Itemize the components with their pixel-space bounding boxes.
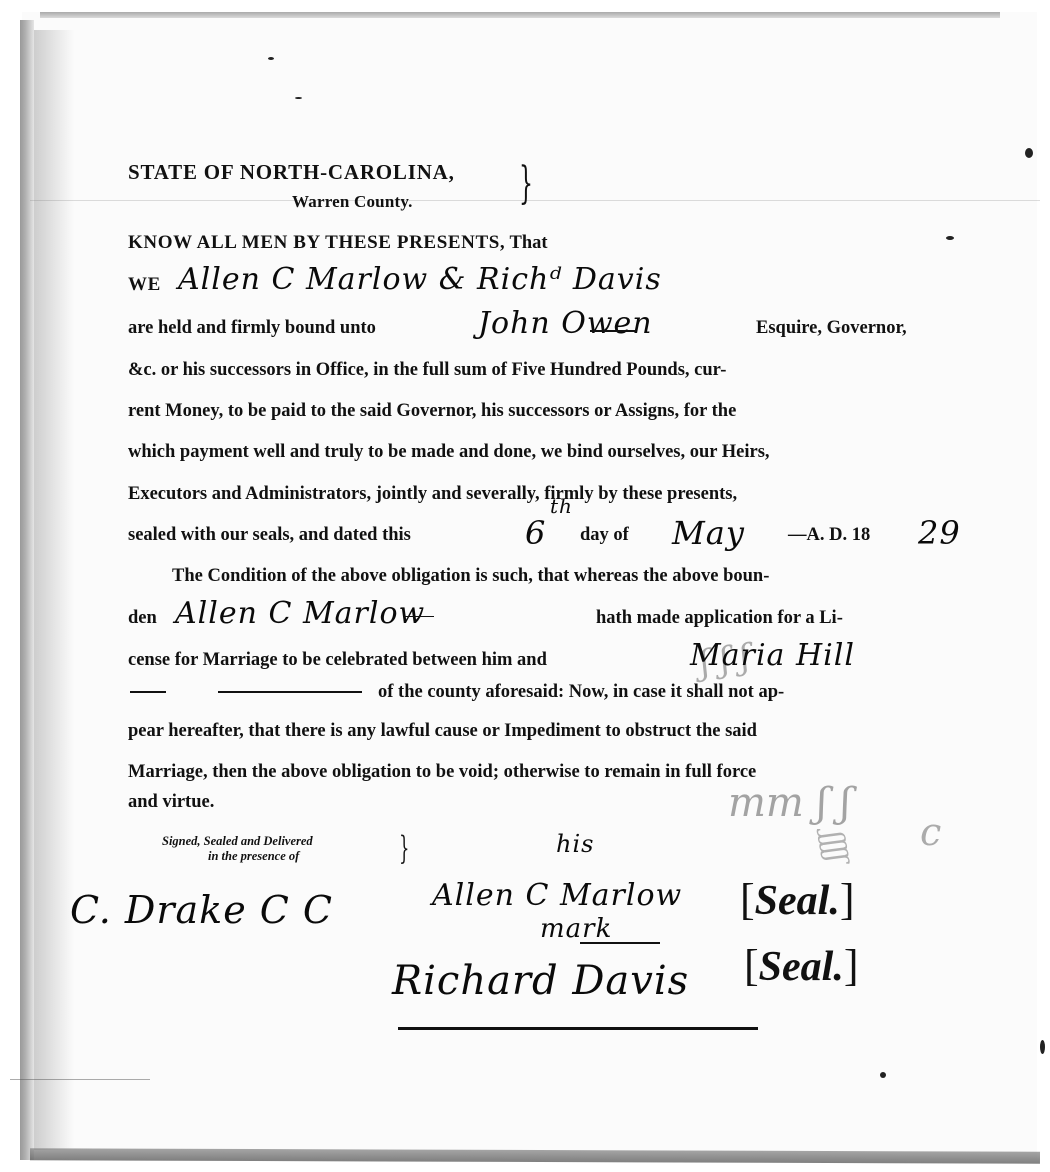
brace-icon: } (519, 162, 533, 206)
condition-line-2: hath made application for a Li- (596, 608, 843, 629)
ink-speck (295, 97, 302, 99)
signature-underline (398, 1027, 758, 1030)
bracket-close: ] (844, 941, 859, 990)
page-edge-bottom (30, 1148, 1040, 1164)
governor-handwritten: John Owen (478, 306, 653, 341)
ink-speck (946, 236, 954, 240)
seal-1-label: Seal. (755, 878, 840, 924)
witness-label-1: Signed, Sealed and Delivered (162, 834, 313, 849)
mark-label: mark (540, 914, 612, 944)
fold-line-left (10, 1079, 150, 1080)
opening-caps: KNOW ALL MEN BY THESE PRESENTS, (128, 232, 505, 253)
county-name: Warren County. (292, 192, 413, 212)
body-line-2: rent Money, to be paid to the said Gover… (128, 401, 736, 422)
signature-allen-marlow: Allen C Marlow (432, 878, 682, 913)
governor-underline (590, 330, 636, 332)
condition-line-7: and virtue. (128, 792, 214, 813)
governor-suffix: Esquire, Governor, (756, 318, 907, 339)
page-edge-top (40, 12, 1000, 18)
opening-that: That (510, 233, 548, 253)
seal-1: [Seal.] (740, 874, 854, 925)
page-edge-shadow (34, 30, 74, 1150)
seal-2: [Seal.] (744, 940, 858, 991)
bondsmen-handwritten: Allen C Marlow & Richᵈ Davis (178, 262, 662, 297)
body-line-1: &c. or his successors in Office, in the … (128, 360, 726, 381)
page-edge-left (20, 20, 34, 1160)
condition-line-6: Marriage, then the above obligation to b… (128, 762, 756, 783)
seal-2-label: Seal. (759, 944, 844, 990)
bracket-open: [ (740, 875, 755, 924)
blank-line (218, 691, 362, 693)
blank-line-short (130, 691, 166, 693)
fold-line (30, 200, 1040, 201)
applicant-underline (404, 616, 434, 617)
bride-handwritten: Maria Hill (690, 638, 855, 673)
ink-speck (268, 57, 274, 60)
ink-speck (1025, 148, 1033, 158)
signature-richard-davis: Richard Davis (392, 958, 689, 1004)
body-line-3: which payment well and truly to be made … (128, 442, 770, 463)
witness-brace-icon: } (399, 832, 409, 864)
month-handwritten: May (672, 514, 745, 552)
witness-label-2: in the presence of (208, 849, 299, 864)
ink-speck (1040, 1040, 1045, 1054)
dated-prefix: sealed with our seals, and dated this (128, 525, 411, 546)
mark-underline (580, 942, 660, 944)
condition-line-4: of the county aforesaid: Now, in case it… (378, 682, 784, 703)
witness-signature: C. Drake C C (70, 888, 333, 932)
year-handwritten: 29 (918, 514, 961, 552)
day-handwritten: 6 (525, 514, 546, 552)
bleed-through-mark-c: c (920, 810, 941, 854)
applicant-handwritten: Allen C Marlow (175, 596, 425, 631)
document-heading: STATE OF NORTH-CAROLINA, (128, 160, 455, 185)
bleed-through-marks-lower: mm ʃ ʃ (728, 780, 851, 826)
condition-line-1: The Condition of the above obligation is… (172, 566, 769, 587)
bracket-open: [ (744, 941, 759, 990)
bracket-close: ] (840, 875, 855, 924)
condition-line-3: cense for Marriage to be celebrated betw… (128, 650, 547, 671)
body-line-4: Executors and Administrators, jointly an… (128, 484, 737, 505)
we-label: WE (128, 274, 161, 296)
opening-line: KNOW ALL MEN BY THESE PRESENTS, That (128, 232, 548, 254)
ink-speck (880, 1072, 886, 1078)
den-label: den (128, 608, 157, 629)
day-of-label: day of (580, 525, 629, 546)
year-prefix: —A. D. 18 (788, 525, 870, 546)
bleed-through-marks-vertical: ʃʃʃʃ (816, 829, 854, 865)
his-mark-label: his (556, 830, 594, 858)
bound-text: are held and firmly bound unto (128, 318, 376, 339)
condition-line-5: pear hereafter, that there is any lawful… (128, 721, 757, 742)
day-suffix-handwritten: th (550, 494, 573, 518)
